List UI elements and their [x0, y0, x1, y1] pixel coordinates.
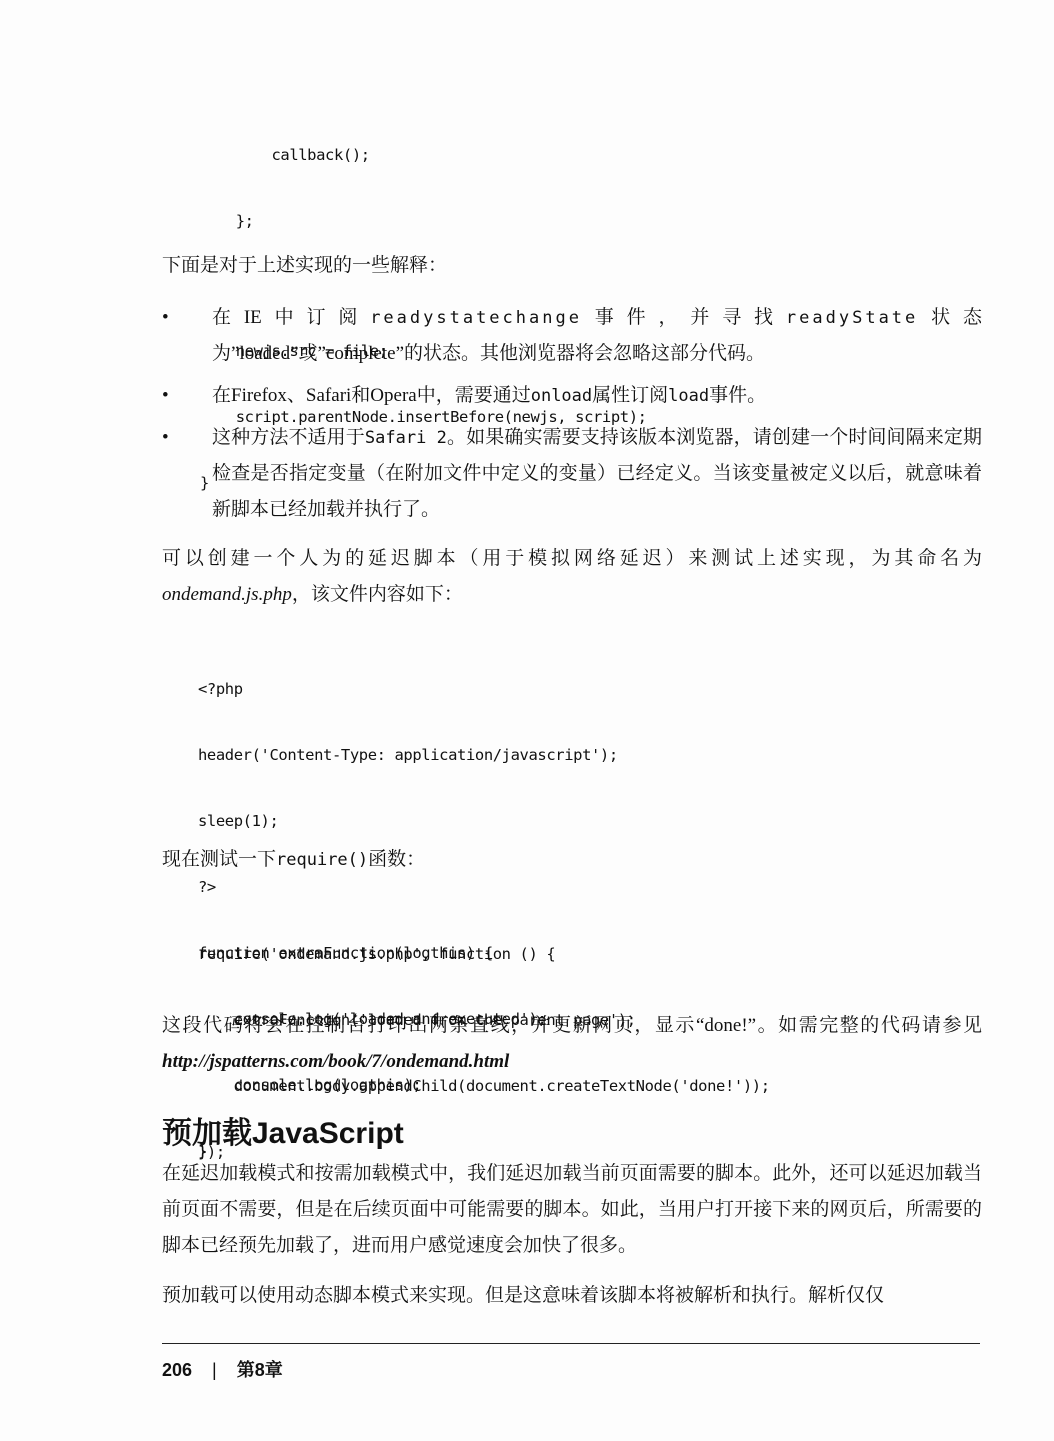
- bullet-text: 这种方法不适用于Safari 2。如果确实需要支持该版本浏览器，请创建一个时间间…: [212, 420, 982, 528]
- section-paragraph: 预加载可以使用动态脚本模式来实现。但是这意味着该脚本将被解析和执行。解析仅仅: [162, 1278, 982, 1314]
- code-line: <?php: [198, 678, 618, 700]
- section-paragraph: 在延迟加载模式和按需加载模式中，我们延迟加载当前页面需要的脚本。此外，还可以延迟…: [162, 1156, 982, 1264]
- bullet-text: 在IE中订阅readystatechange事件，并寻找readyState状态…: [212, 300, 982, 372]
- code-line: callback();: [200, 144, 647, 166]
- bullet-item: • 这种方法不适用于Safari 2。如果确实需要支持该版本浏览器，请创建一个时…: [162, 420, 982, 528]
- test-paragraph: 现在测试一下require()函数：: [162, 842, 982, 878]
- page-footer: 206|第8章: [162, 1356, 283, 1382]
- bullet-item: • 在IE中订阅readystatechange事件，并寻找readyState…: [162, 300, 982, 372]
- delay-paragraph: 可以创建一个人为的延迟脚本（用于模拟网络延迟）来测试上述实现，为其命名为onde…: [162, 541, 982, 613]
- code-line: ?>: [198, 876, 618, 898]
- code-line: };: [200, 210, 647, 232]
- page-number: 206: [162, 1360, 192, 1381]
- footer-rule: [162, 1343, 980, 1344]
- result-paragraph: 这段代码将会在控制台打印出两条直线，并更新网页，显示“done!”。如需完整的代…: [162, 1008, 982, 1080]
- bullet-item: • 在Firefox、Safari和Opera中，需要通过onload属性订阅l…: [162, 378, 982, 414]
- bullet-dot: •: [162, 300, 182, 336]
- inline-code: load: [668, 386, 709, 406]
- code-line: require('ondemand.js.php', function () {: [198, 943, 770, 965]
- code-line: header('Content-Type: application/javasc…: [198, 744, 618, 766]
- inline-code: onload: [531, 386, 592, 406]
- filename: ondemand.js.php: [162, 584, 292, 605]
- footer-separator: |: [212, 1360, 217, 1381]
- reference-link[interactable]: http://jspatterns.com/book/7/ondemand.ht…: [162, 1051, 509, 1072]
- bullet-dot: •: [162, 420, 182, 456]
- code-line: sleep(1);: [198, 810, 618, 832]
- section-heading: 预加载JavaScript: [162, 1108, 404, 1152]
- inline-code: require(): [276, 850, 368, 870]
- bullet-text: 在Firefox、Safari和Opera中，需要通过onload属性订阅loa…: [212, 378, 982, 414]
- explain-intro: 下面是对于上述实现的一些解释：: [162, 248, 982, 284]
- bullet-dot: •: [162, 378, 182, 414]
- inline-code: readyState: [786, 308, 918, 328]
- inline-code: Safari 2: [365, 428, 447, 448]
- chapter-label: 第8章: [237, 1356, 283, 1382]
- inline-code: readystatechange: [370, 308, 582, 328]
- book-page: callback(); }; newjs.src = file; script.…: [0, 0, 1054, 1441]
